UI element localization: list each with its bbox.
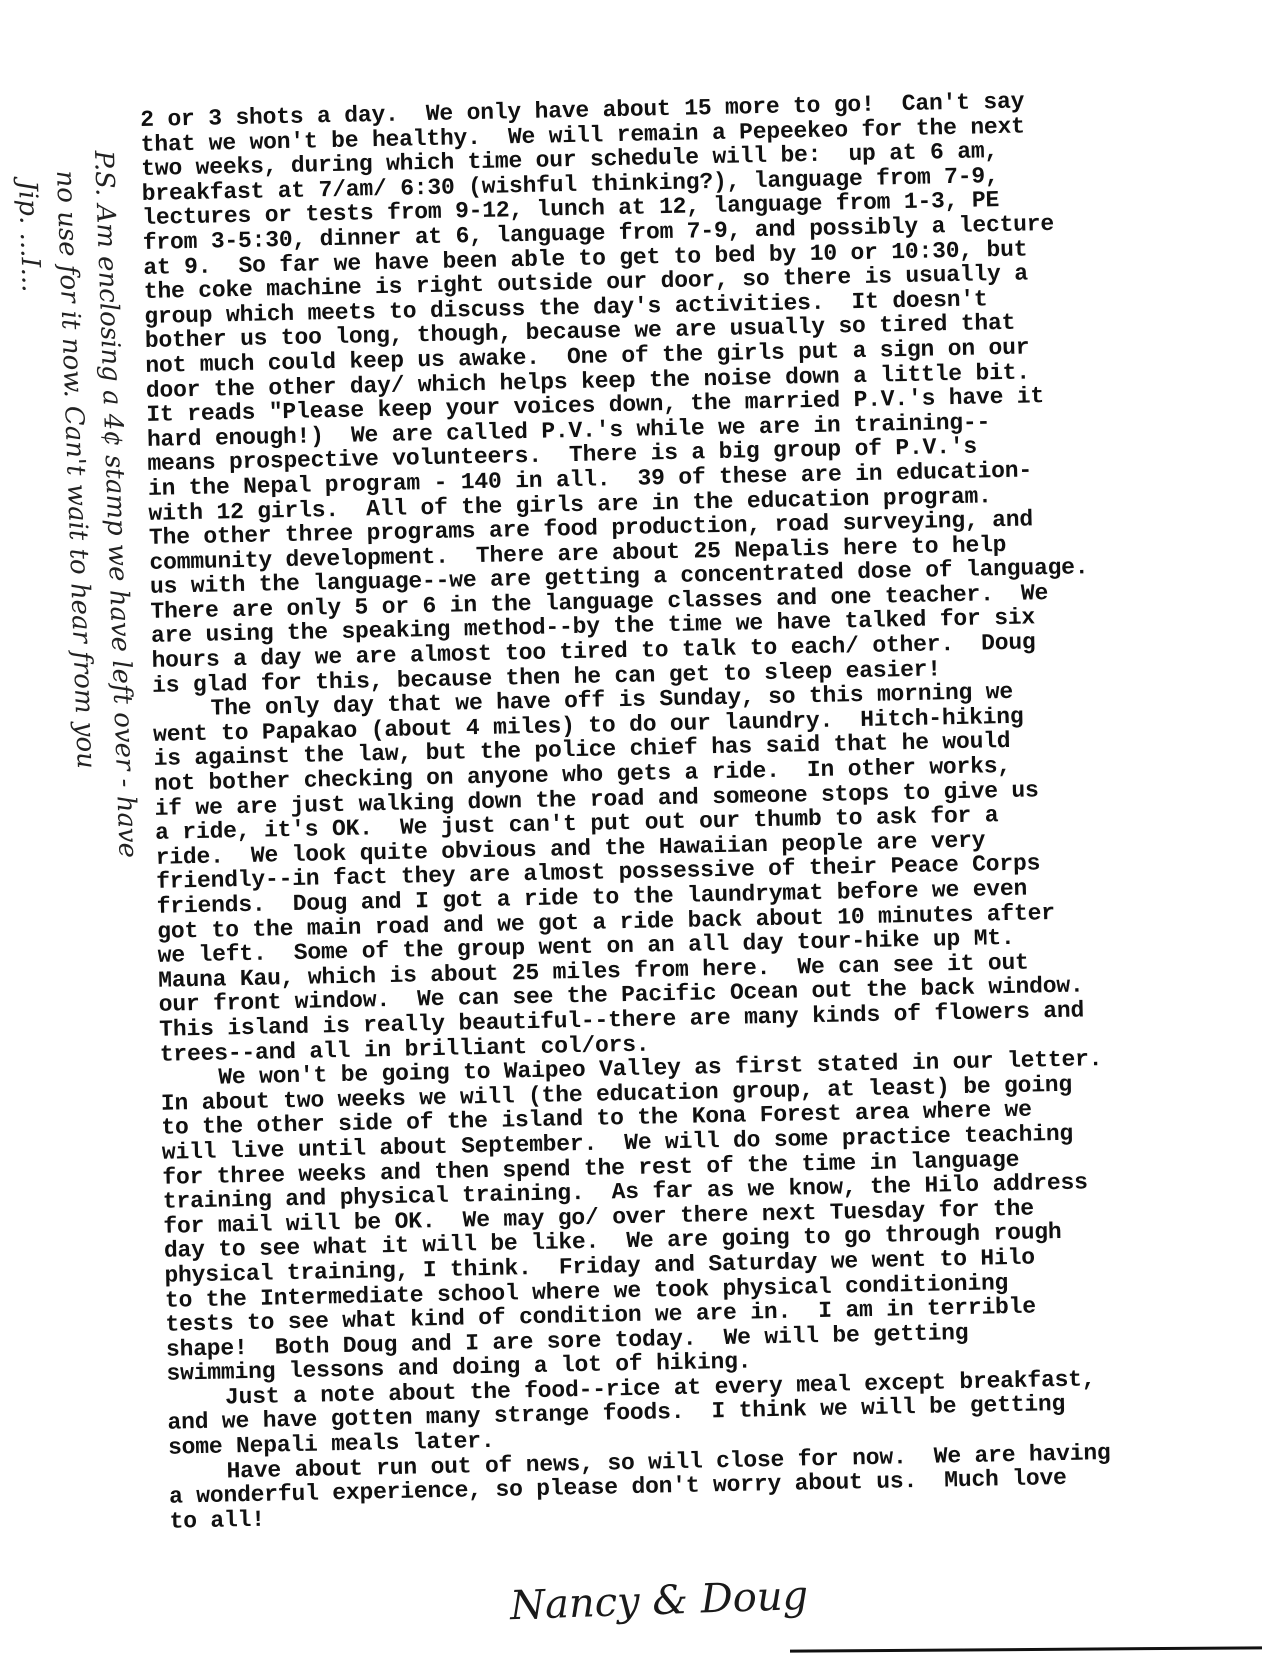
margin-note: Jip. ...I... <box>12 180 46 293</box>
letter-body: 2 or 3 shots a day. We only have about 1… <box>140 87 1170 1534</box>
letter-page: P.S. Am enclosing a 4¢ stamp we have lef… <box>0 0 1262 1666</box>
handwritten-margin-notes: P.S. Am enclosing a 4¢ stamp we have lef… <box>8 150 138 1550</box>
handwritten-signature: Nancy & Doug <box>509 1573 809 1629</box>
bottom-rule-line <box>790 1646 1262 1652</box>
